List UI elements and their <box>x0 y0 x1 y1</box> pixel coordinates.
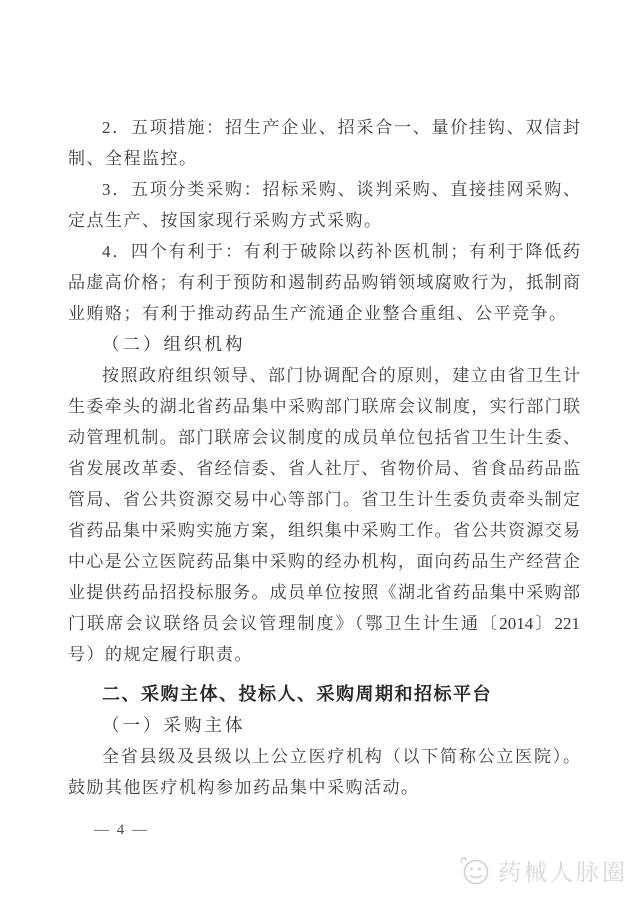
doc-line: 业贿赂；有利于推动药品生产流通企业整合重组、公平竞争。 <box>68 298 580 329</box>
doc-line: 按照政府组织领导、部门协调配合的原则，建立由省卫生计 <box>68 360 580 391</box>
document-page: 2．五项措施：招生产企业、招采合一、量价挂钩、双信封 制、全程监控。 3．五项分… <box>0 0 640 905</box>
doc-line: 鼓励其他医疗机构参加药品集中采购活动。 <box>68 772 580 803</box>
section-heading: 二、采购主体、投标人、采购周期和招标平台 <box>68 670 580 709</box>
doc-line: 定点生产、按国家现行采购方式采购。 <box>68 205 580 236</box>
doc-line: 全省县级及县级以上公立医疗机构（以下简称公立医院）。 <box>68 741 580 772</box>
doc-line: 2．五项措施：招生产企业、招采合一、量价挂钩、双信封 <box>68 112 580 143</box>
doc-line: 业提供药品招投标服务。成员单位按照《湖北省药品集中采购部 <box>68 577 580 608</box>
doc-line: 省发展改革委、省经信委、省人社厅、省物价局、省食品药品监 <box>68 453 580 484</box>
doc-line: 省药品集中采购实施方案，组织集中采购工作。省公共资源交易 <box>68 515 580 546</box>
doc-line: 门联席会议联络员会议管理制度》（鄂卫生计生通〔2014〕221 <box>68 608 580 639</box>
doc-line: 4．四个有利于：有利于破除以药补医机制；有利于降低药 <box>68 236 580 267</box>
document-body: 2．五项措施：招生产企业、招采合一、量价挂钩、双信封 制、全程监控。 3．五项分… <box>68 112 580 803</box>
doc-line: 3．五项分类采购：招标采购、谈判采购、直接挂网采购、 <box>68 174 580 205</box>
subsection-heading: （二）组织机构 <box>68 329 580 360</box>
doc-line: 生委牵头的湖北省药品集中采购部门联席会议制度，实行部门联 <box>68 391 580 422</box>
doc-line: 制、全程监控。 <box>68 143 580 174</box>
watermark: 药械人脉圈 <box>458 854 628 887</box>
doc-line: 动管理机制。部门联席会议制度的成员单位包括省卫生计生委、 <box>68 422 580 453</box>
subsection-heading: （一）采购主体 <box>68 710 580 741</box>
doc-line: 品虚高价格；有利于预防和遏制药品购销领域腐败行为，抵制商 <box>68 267 580 298</box>
doc-line: 管局、省公共资源交易中心等部门。省卫生计生委负责牵头制定 <box>68 484 580 515</box>
doodle-face-icon <box>458 855 492 887</box>
doc-line: 号）的规定履行职责。 <box>68 639 580 670</box>
page-number: — 4 — <box>94 822 149 839</box>
doc-line: 中心是公立医院药品集中采购的经办机构，面向药品生产经营企 <box>68 546 580 577</box>
watermark-text: 药械人脉圈 <box>498 854 628 887</box>
